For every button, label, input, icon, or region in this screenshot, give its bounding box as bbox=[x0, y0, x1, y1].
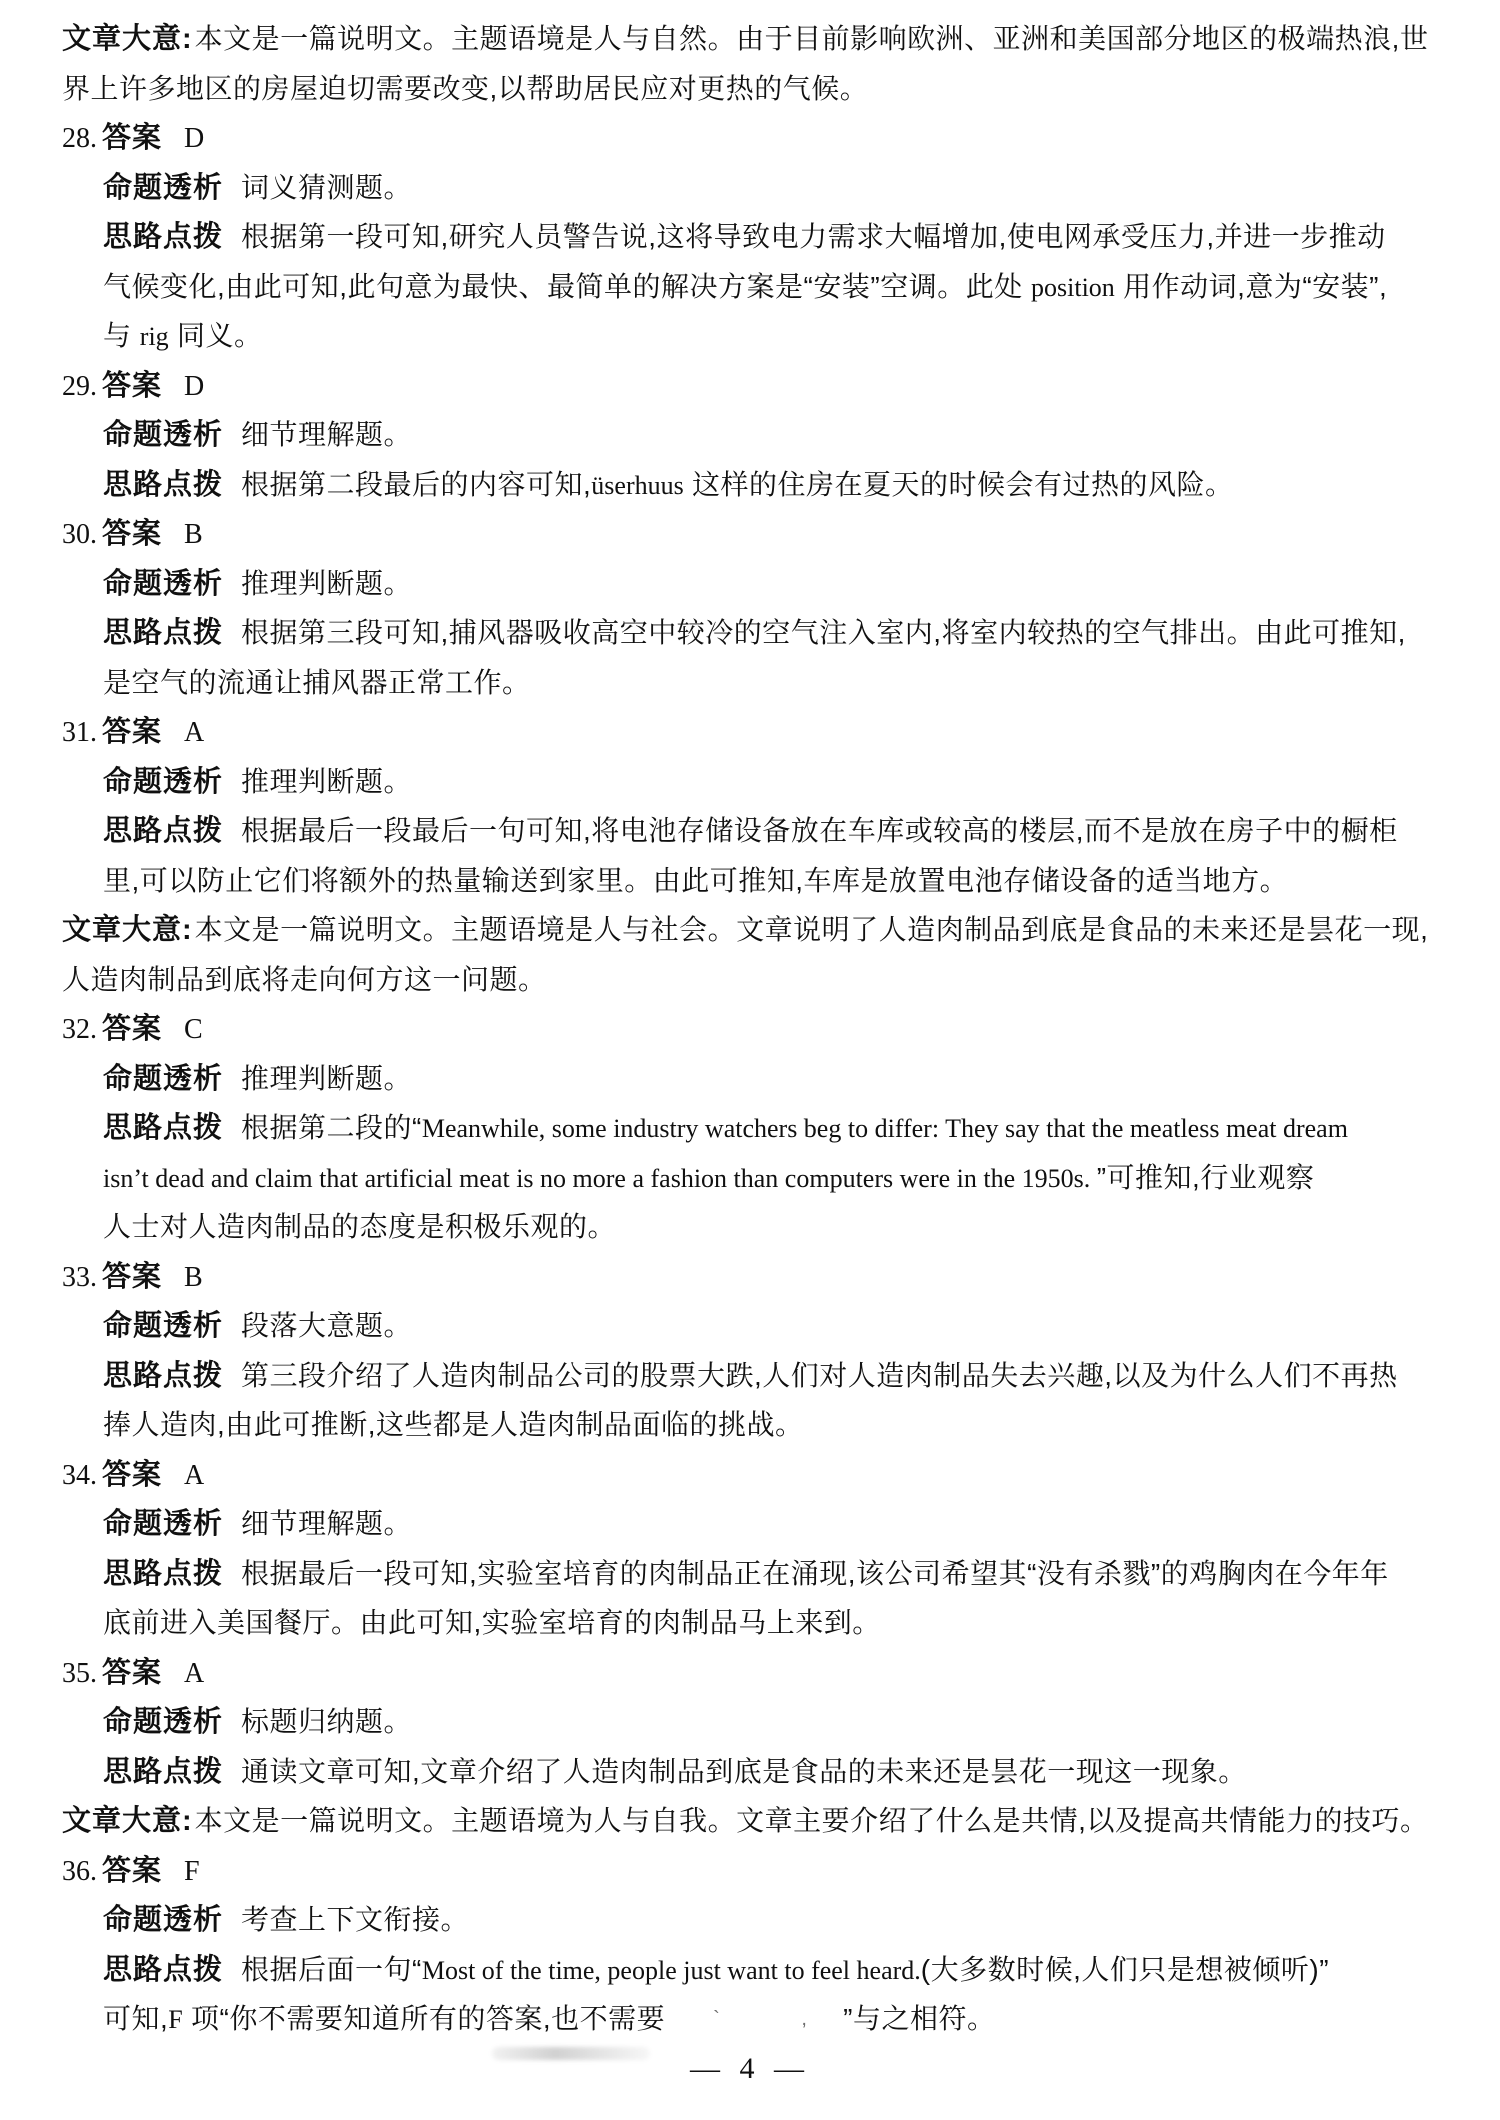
document-line: 思路点拨第三段介绍了人造肉制品公司的股票大跌,人们对人造肉制品失去兴趣,以及为什… bbox=[0, 1351, 1500, 1401]
chinese-text: 同义。 bbox=[169, 320, 263, 351]
chinese-text: 用作动词,意为“安装”, bbox=[1115, 271, 1388, 302]
document-line: 36.答案F bbox=[0, 1846, 1500, 1896]
section-label: 答案 bbox=[102, 1459, 162, 1491]
section-label: 命题透析 bbox=[103, 568, 223, 600]
chinese-text: 本文是一篇说明文。主题语境是人与自然。由于目前影响欧洲、亚洲和美国部分地区的极端… bbox=[195, 23, 1429, 54]
document-line: 可知,F 项“你不需要知道所有的答案,也不需要` , ’”与之相符。 bbox=[0, 1994, 1500, 2044]
answer-letter: A bbox=[184, 1658, 205, 1689]
chinese-text: 是空气的流通让捕风器正常工作。 bbox=[103, 667, 531, 698]
english-text: position bbox=[1031, 273, 1115, 302]
document-line: 是空气的流通让捕风器正常工作。 bbox=[0, 658, 1500, 708]
section-label: 命题透析 bbox=[103, 1508, 223, 1540]
document-line: 思路点拨根据第一段可知,研究人员警告说,这将导致电力需求大幅增加,使电网承受压力… bbox=[0, 212, 1500, 262]
document-line: 30.答案B bbox=[0, 509, 1500, 559]
document-line: 思路点拨根据第三段可知,捕风器吸收高空中较冷的空气注入室内,将室内较热的空气排出… bbox=[0, 608, 1500, 658]
section-label: 答案 bbox=[102, 1013, 162, 1045]
chinese-text: 细节理解题。 bbox=[241, 419, 412, 450]
chinese-text: ”与之相符。 bbox=[843, 2003, 995, 2034]
document-line: 思路点拨根据第二段最后的内容可知,üserhuus 这样的住房在夏天的时候会有过… bbox=[0, 460, 1500, 510]
document-line: 文章大意:本文是一篇说明文。主题语境为人与自我。文章主要介绍了什么是共情,以及提… bbox=[0, 1796, 1500, 1846]
english-text: Most of the time, people just want to fe… bbox=[422, 1956, 921, 1985]
document-line: 文章大意:本文是一篇说明文。主题语境是人与自然。由于目前影响欧洲、亚洲和美国部分… bbox=[0, 14, 1500, 64]
chinese-text: 段落大意题。 bbox=[241, 1310, 412, 1341]
document-line: 里,可以防止它们将额外的热量输送到家里。由此可推知,车库是放置电池存储设备的适当… bbox=[0, 856, 1500, 906]
chinese-text: ”可推知,行业观察 bbox=[1097, 1162, 1315, 1193]
document-line: 捧人造肉,由此可推断,这些都是人造肉制品面临的挑战。 bbox=[0, 1400, 1500, 1450]
question-number: 31. bbox=[62, 717, 97, 748]
document-line: 34.答案A bbox=[0, 1450, 1500, 1500]
chinese-text: 本文是一篇说明文。主题语境为人与自我。文章主要介绍了什么是共情,以及提高共情能力… bbox=[195, 1805, 1429, 1836]
document-line: 文章大意:本文是一篇说明文。主题语境是人与社会。文章说明了人造肉制品到底是食品的… bbox=[0, 905, 1500, 955]
section-label: 思路点拨 bbox=[103, 1112, 223, 1144]
chinese-text: 根据第二段最后的内容可知, bbox=[241, 469, 591, 500]
faded-smudge-text: ` , ’ bbox=[665, 1995, 843, 2045]
section-label: 答案 bbox=[102, 716, 162, 748]
section-label: 答案 bbox=[102, 518, 162, 550]
document-line: 思路点拨根据最后一段最后一句可知,将电池存储设备放在车库或较高的楼层,而不是放在… bbox=[0, 806, 1500, 856]
chinese-text: 推理判断题。 bbox=[241, 766, 412, 797]
english-text: Meanwhile, some industry watchers beg to… bbox=[422, 1114, 1348, 1143]
section-label: 思路点拨 bbox=[103, 1360, 223, 1392]
document-line: 命题透析考查上下文衔接。 bbox=[0, 1895, 1500, 1945]
document-line: 29.答案D bbox=[0, 361, 1500, 411]
question-number: 29. bbox=[62, 371, 97, 402]
document-line: 命题透析词义猜测题。 bbox=[0, 163, 1500, 213]
chinese-text: 人士对人造肉制品的态度是积极乐观的。 bbox=[103, 1211, 616, 1242]
document-line: isn’t dead and claim that artificial mea… bbox=[0, 1153, 1500, 1203]
document-line: 思路点拨根据最后一段可知,实验室培育的肉制品正在涌现,该公司希望其“没有杀戮”的… bbox=[0, 1549, 1500, 1599]
chinese-text: 考查上下文衔接。 bbox=[241, 1904, 469, 1935]
chinese-text: 可知, bbox=[103, 2003, 168, 2034]
document-line: 思路点拨根据后面一句“Most of the time, people just… bbox=[0, 1945, 1500, 1995]
section-label: 思路点拨 bbox=[103, 1558, 223, 1590]
section-label: 答案 bbox=[102, 1657, 162, 1689]
answer-letter: A bbox=[184, 1460, 205, 1491]
english-text: rig bbox=[140, 322, 169, 351]
document-line: 命题透析细节理解题。 bbox=[0, 1499, 1500, 1549]
answer-letter: F bbox=[184, 1856, 201, 1887]
chinese-text: 捧人造肉,由此可推断,这些都是人造肉制品面临的挑战。 bbox=[103, 1409, 804, 1440]
document-line: 思路点拨通读文章可知,文章介绍了人造肉制品到底是食品的未来还是昙花一现这一现象。 bbox=[0, 1747, 1500, 1797]
english-text: F bbox=[168, 2005, 182, 2034]
chinese-text: 与 bbox=[103, 320, 140, 351]
section-label: 命题透析 bbox=[103, 1706, 223, 1738]
english-text: üserhuus bbox=[591, 471, 683, 500]
chinese-text: 底前进入美国餐厅。由此可知,实验室培育的肉制品马上来到。 bbox=[103, 1607, 881, 1638]
document-line: 界上许多地区的房屋迫切需要改变,以帮助居民应对更热的气候。 bbox=[0, 64, 1500, 114]
question-number: 33. bbox=[62, 1262, 97, 1293]
chinese-text: 界上许多地区的房屋迫切需要改变,以帮助居民应对更热的气候。 bbox=[62, 73, 868, 104]
document-line: 思路点拨根据第二段的“Meanwhile, some industry watc… bbox=[0, 1103, 1500, 1153]
chinese-text: 第三段介绍了人造肉制品公司的股票大跌,人们对人造肉制品失去兴趣,以及为什么人们不… bbox=[241, 1360, 1398, 1391]
document-line: 底前进入美国餐厅。由此可知,实验室培育的肉制品马上来到。 bbox=[0, 1598, 1500, 1648]
section-label: 命题透析 bbox=[103, 172, 223, 204]
chinese-text: 本文是一篇说明文。主题语境是人与社会。文章说明了人造肉制品到底是食品的未来还是昙… bbox=[195, 914, 1429, 945]
question-number: 32. bbox=[62, 1014, 97, 1045]
document-line: 命题透析推理判断题。 bbox=[0, 1054, 1500, 1104]
chinese-text: 里,可以防止它们将额外的热量输送到家里。由此可推知,车库是放置电池存储设备的适当… bbox=[103, 865, 1288, 896]
section-label: 答案 bbox=[102, 370, 162, 402]
chinese-text: 推理判断题。 bbox=[241, 1063, 412, 1094]
question-number: 28. bbox=[62, 123, 97, 154]
chinese-text: 人造肉制品到底将走向何方这一问题。 bbox=[62, 964, 547, 995]
question-number: 34. bbox=[62, 1460, 97, 1491]
section-label: 命题透析 bbox=[103, 1904, 223, 1936]
section-label: 思路点拨 bbox=[103, 1954, 223, 1986]
summary-label: 文章大意: bbox=[62, 914, 193, 946]
chinese-text: 项“你不需要知道所有的答案,也不需要 bbox=[183, 2003, 665, 2034]
chinese-text: 推理判断题。 bbox=[241, 568, 412, 599]
question-number: 35. bbox=[62, 1658, 97, 1689]
question-number: 30. bbox=[62, 519, 97, 550]
document-line: 与 rig 同义。 bbox=[0, 311, 1500, 361]
section-label: 答案 bbox=[102, 122, 162, 154]
document-line: 28.答案D bbox=[0, 113, 1500, 163]
question-number: 36. bbox=[62, 1856, 97, 1887]
section-label: 思路点拨 bbox=[103, 1756, 223, 1788]
chinese-text: 根据最后一段可知,实验室培育的肉制品正在涌现,该公司希望其“没有杀戮”的鸡胸肉在… bbox=[241, 1558, 1389, 1589]
document-line: 33.答案B bbox=[0, 1252, 1500, 1302]
answer-letter: B bbox=[184, 519, 204, 550]
section-label: 思路点拨 bbox=[103, 617, 223, 649]
english-text: isn’t dead and claim that artificial mea… bbox=[103, 1164, 1097, 1193]
document-line: 命题透析标题归纳题。 bbox=[0, 1697, 1500, 1747]
answer-letter: D bbox=[184, 123, 205, 154]
chinese-text: 细节理解题。 bbox=[241, 1508, 412, 1539]
summary-label: 文章大意: bbox=[62, 1805, 193, 1837]
answer-letter: A bbox=[184, 717, 205, 748]
chinese-text: 这样的住房在夏天的时候会有过热的风险。 bbox=[684, 469, 1234, 500]
chinese-text: 气候变化,由此可知,此句意为最快、最简单的解决方案是“安装”空调。此处 bbox=[103, 271, 1031, 302]
chinese-text: 通读文章可知,文章介绍了人造肉制品到底是食品的未来还是昙花一现这一现象。 bbox=[241, 1756, 1247, 1787]
chinese-text: 根据第一段可知,研究人员警告说,这将导致电力需求大幅增加,使电网承受压力,并进一… bbox=[241, 221, 1386, 252]
section-label: 答案 bbox=[102, 1855, 162, 1887]
section-label: 思路点拨 bbox=[103, 221, 223, 253]
document-line: 31.答案A bbox=[0, 707, 1500, 757]
answer-letter: D bbox=[184, 371, 205, 402]
answer-letter: C bbox=[184, 1014, 204, 1045]
section-label: 命题透析 bbox=[103, 1310, 223, 1342]
chinese-text: 根据后面一句“ bbox=[241, 1954, 422, 1985]
summary-label: 文章大意: bbox=[62, 23, 193, 55]
section-label: 命题透析 bbox=[103, 766, 223, 798]
chinese-text: 根据第三段可知,捕风器吸收高空中较冷的空气注入室内,将室内较热的空气排出。由此可… bbox=[241, 617, 1406, 648]
document-line: 命题透析推理判断题。 bbox=[0, 757, 1500, 807]
chinese-text: 标题归纳题。 bbox=[241, 1706, 412, 1737]
chinese-text: 词义猜测题。 bbox=[241, 172, 412, 203]
document-line: 人士对人造肉制品的态度是积极乐观的。 bbox=[0, 1202, 1500, 1252]
section-label: 命题透析 bbox=[103, 419, 223, 451]
scanned-answer-key-page: 文章大意:本文是一篇说明文。主题语境是人与自然。由于目前影响欧洲、亚洲和美国部分… bbox=[0, 0, 1500, 2120]
document-body: 文章大意:本文是一篇说明文。主题语境是人与自然。由于目前影响欧洲、亚洲和美国部分… bbox=[0, 14, 1500, 2044]
section-label: 思路点拨 bbox=[103, 815, 223, 847]
document-line: 命题透析细节理解题。 bbox=[0, 410, 1500, 460]
document-line: 35.答案A bbox=[0, 1648, 1500, 1698]
chinese-text: 根据最后一段最后一句可知,将电池存储设备放在车库或较高的楼层,而不是放在房子中的… bbox=[241, 815, 1398, 846]
page-number: — 4 — bbox=[0, 2052, 1500, 2086]
document-line: 命题透析推理判断题。 bbox=[0, 559, 1500, 609]
answer-letter: B bbox=[184, 1262, 204, 1293]
document-line: 命题透析段落大意题。 bbox=[0, 1301, 1500, 1351]
document-line: 气候变化,由此可知,此句意为最快、最简单的解决方案是“安装”空调。此处 posi… bbox=[0, 262, 1500, 312]
section-label: 答案 bbox=[102, 1261, 162, 1293]
document-line: 人造肉制品到底将走向何方这一问题。 bbox=[0, 955, 1500, 1005]
section-label: 命题透析 bbox=[103, 1063, 223, 1095]
chinese-text: (大多数时候,人们只是想被倾听)” bbox=[921, 1954, 1329, 1985]
section-label: 思路点拨 bbox=[103, 469, 223, 501]
chinese-text: 根据第二段的“ bbox=[241, 1112, 422, 1143]
document-line: 32.答案C bbox=[0, 1004, 1500, 1054]
